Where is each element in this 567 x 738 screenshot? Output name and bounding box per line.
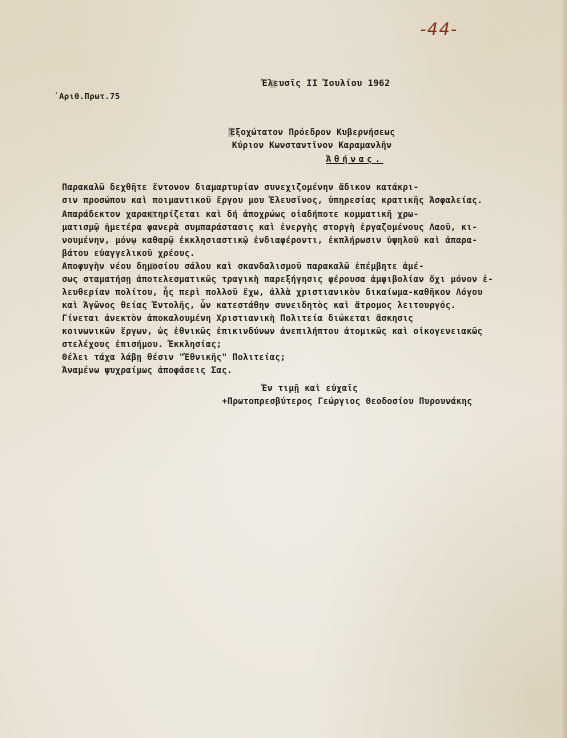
body-line: Γίνεται ἀνεκτὸν ἀποκαλουμένη Χριστιανικὴ… — [62, 314, 413, 325]
scanned-letter-page: -44- Ἐλευσῖς ΙΙ Ἰουλίου 1962 ᾿Αριθ.Πρωτ.… — [0, 0, 567, 738]
body-line: σως σταματήσῃ ἀποτελεσματικῶς τραγικὴ πα… — [62, 275, 493, 286]
body-line: Αποφυγὴν νέου δημοσίου σάλου καὶ σκανδαλ… — [62, 262, 424, 273]
addressee-city: Ἀθήνας. — [326, 155, 383, 166]
protocol-reference: ᾿Αριθ.Πρωτ.75 — [54, 91, 120, 102]
addressee-line-2: Κύριον Κωνσταντῖνον Καραμανλῆν — [232, 141, 392, 152]
body-line: ματισμῷ ἡμετέρα φανερὰ συμπαράστασις καὶ… — [62, 223, 477, 234]
body-line: στελέχους ἐπισήμου. Ἐκκλησίας; — [62, 340, 222, 351]
body-line: λευθερίαν πολίτου, ἧς περὶ πολλοῦ ἔχω, ἀ… — [62, 288, 483, 299]
typewriter-smudge — [228, 129, 234, 137]
typewriter-smudge — [150, 263, 156, 270]
body-line: καὶ Ἀγῶνος θείας Ἐντολῆς, ὧν κατεστάθην … — [62, 301, 456, 312]
addressee-line-1: Ἐξοχώτατον Πρόεδρον Κυβερνήσεως — [230, 128, 395, 139]
body-line: Παρακαλῶ δεχθῆτε ἔντονον διαμαρτυρίαν συ… — [62, 183, 419, 194]
body-line: Απαράδεκτον χαρακτηρίζεται καὶ δή ἀποχρώ… — [62, 210, 419, 221]
place-date-line: Ἐλευσῖς ΙΙ Ἰουλίου 1962 — [262, 79, 390, 90]
closing-salutation: Ἐν τιμῇ καὶ εὐχαῖς — [262, 384, 358, 395]
body-line: βάτου εὐαγγελικοῦ χρέους. — [62, 249, 195, 260]
signature-line: +Πρωτοπρεσβύτερος Γεώργιος Θεοδοσίου Πυρ… — [222, 397, 472, 408]
body-line: Ἀναμένω ψυχραίμως ἀποφάσεις Σας. — [62, 366, 232, 377]
body-line: σιν προσώπου καὶ ποιμαντικοῦ ἔργου μου Ἐ… — [62, 196, 483, 207]
typewriter-smudge — [149, 211, 155, 218]
handwritten-folio-number: -44- — [420, 20, 458, 40]
body-line: νουμένην, μόνῳ καθαρῷ ἐκκλησιαστικῷ ἐνδι… — [62, 236, 477, 247]
body-line: Θέλει τάχα λάβῃ θέσιν "Ἐθνικῆς" Πολιτεία… — [62, 353, 286, 364]
body-line: κοινωνικῶν ἔργων, ὡς ἐθνικῶς ἐπικινδύνων… — [62, 327, 483, 338]
typewriter-smudge — [270, 80, 276, 88]
